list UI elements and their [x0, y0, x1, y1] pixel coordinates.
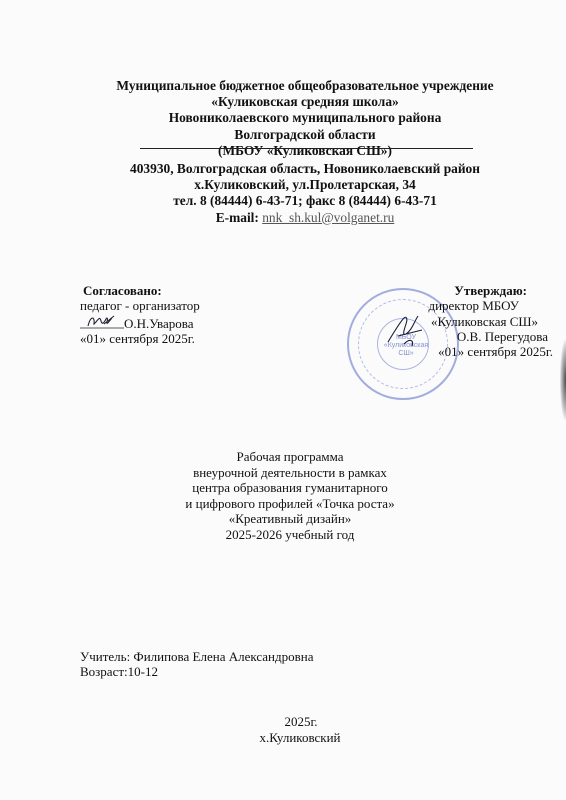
header-line-address: 403930, Волгоградская область, Новоникол… — [60, 161, 550, 177]
approval-approved-block: Утверждаю: директор МБОУ «Куликовская СШ… — [393, 283, 553, 359]
program-line-course-name: «Креативный дизайн» — [150, 511, 430, 527]
header-line-abbreviation: (МБОУ «Куликовская СШ») — [60, 143, 550, 159]
approved-position: директор МБОУ — [393, 298, 553, 313]
agreed-date: «01» сентября 2025г. — [80, 331, 200, 346]
header-line-district: Новониколаевского муниципального района — [60, 110, 550, 126]
teacher-name: Учитель: Филипова Елена Александровна — [80, 649, 314, 664]
approval-agreed-block: Согласовано: педагог - организатор О.Н.У… — [80, 283, 200, 346]
scan-edge-shadow — [560, 340, 566, 420]
program-line-activity: внеурочной деятельности в рамках — [150, 465, 430, 481]
agreed-signature-line: О.Н.Уварова — [80, 314, 200, 331]
student-age: Возраст:10-12 — [80, 664, 314, 679]
agreed-title: Согласовано: — [80, 283, 200, 298]
teacher-info: Учитель: Филипова Елена Александровна Во… — [80, 649, 314, 680]
footer-year: 2025г. — [230, 714, 370, 730]
approved-signatory: О.В. Перегудова — [393, 329, 553, 344]
program-line-school-year: 2025-2026 учебный год — [150, 527, 430, 543]
school-header: Муниципальное бюджетное общеобразователь… — [60, 78, 550, 226]
agreed-position: педагог - организатор — [80, 298, 200, 313]
signature-left-icon — [80, 314, 124, 328]
header-line-phone: тел. 8 (84444) 6-43-71; факс 8 (84444) 6… — [60, 193, 550, 209]
header-line-school-name: «Куликовская средняя школа» — [60, 94, 550, 110]
email-label: E-mail: — [216, 210, 259, 225]
program-title-block: Рабочая программа внеурочной деятельност… — [150, 449, 430, 543]
header-line-institution: Муниципальное бюджетное общеобразователь… — [60, 78, 550, 94]
header-line-email: E-mail: nnk_sh.kul@volganet.ru — [60, 210, 550, 226]
program-line-title: Рабочая программа — [150, 449, 430, 465]
email-link[interactable]: nnk_sh.kul@volganet.ru — [262, 210, 394, 225]
footer-place: х.Куликовский — [230, 730, 370, 746]
header-line-street: х.Куликовский, ул.Пролетарская, 34 — [60, 177, 550, 193]
document-footer: 2025г. х.Куликовский — [230, 714, 370, 746]
header-line-region: Волгоградской области — [60, 127, 550, 143]
approved-date: «01» сентября 2025г. — [393, 344, 553, 359]
approved-organization: «Куликовская СШ» — [393, 314, 553, 329]
approved-title: Утверждаю: — [393, 283, 553, 298]
document-page: Муниципальное бюджетное общеобразователь… — [0, 0, 566, 800]
agreed-signatory: О.Н.Уварова — [124, 316, 194, 331]
program-line-center: центра образования гуманитарного — [150, 480, 430, 496]
program-line-profiles: и цифрового профилей «Точка роста» — [150, 496, 430, 512]
header-divider — [140, 148, 473, 149]
